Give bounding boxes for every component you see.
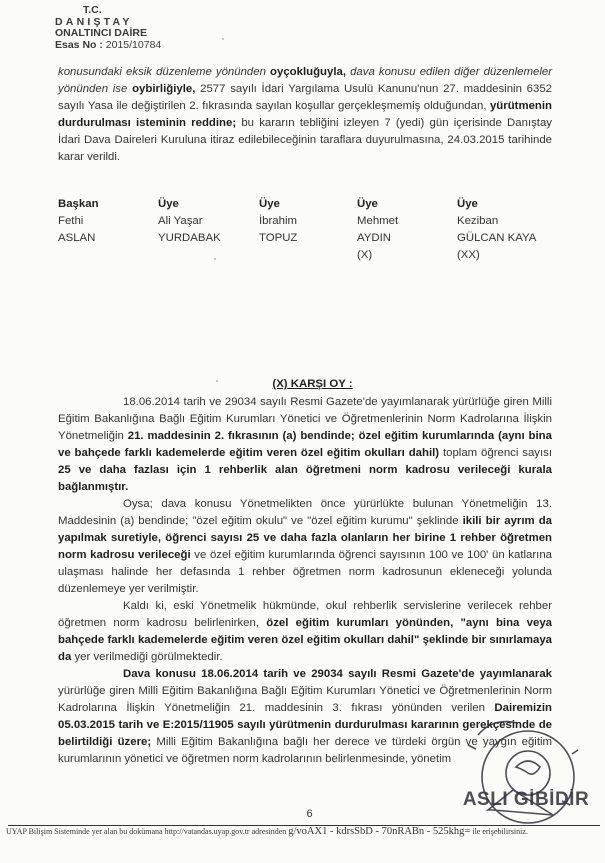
signer-role: Üye	[457, 196, 577, 213]
signer-last-name: ASLAN	[58, 230, 158, 247]
signer-role: Başkan	[58, 196, 158, 213]
signature-block: Başkan Fethi ASLAN Üye Ali Yaşar YURDABA…	[58, 196, 578, 264]
case-number-line: Esas No : 2015/10784	[55, 40, 161, 52]
svg-text:ASLI GİBİDİR: ASLI GİBİDİR	[463, 789, 589, 810]
signer-first-name: İbrahim	[259, 213, 357, 230]
signer-last-name: GÜLCAN KAYA	[457, 230, 577, 247]
text-part: toplam öğrenci sayısı	[439, 447, 552, 459]
signer-member: Üye Mehmet AYDIN (X)	[357, 196, 457, 264]
case-number-label: Esas No :	[55, 39, 103, 51]
document-header: T.C. DANIŞTAY ONALTINCI DAİRE Esas No : …	[55, 5, 161, 51]
signer-chair: Başkan Fethi ASLAN	[58, 196, 158, 264]
tc-label: T.C.	[55, 5, 161, 17]
footer-verification: UYAP Bilişim Sisteminde yer alan bu dokü…	[6, 826, 605, 837]
text-part: yürürlüğe giren Milli Eğitim Bakanlığına…	[58, 685, 552, 714]
signer-role: Üye	[259, 196, 357, 213]
dissent-paragraph: Kaldı ki, eski Yönetmelik hükmünde, okul…	[58, 598, 552, 666]
text-bold: Dava konusu 18.06.2014 tarih ve 29034 sa…	[123, 668, 552, 680]
signer-note: (X)	[357, 247, 457, 264]
decision-text-bold: oybirliğiyle,	[127, 83, 195, 95]
signer-note: (XX)	[457, 247, 577, 264]
case-number: 2015/10784	[106, 39, 161, 51]
dissent-paragraph: 18.06.2014 tarih ve 29034 sayılı Resmi G…	[58, 394, 552, 496]
footer-text: UYAP Bilişim Sisteminde yer alan bu dokü…	[6, 827, 288, 836]
page-number: 6	[0, 808, 605, 820]
scan-artifact	[222, 38, 224, 40]
signer-role: Üye	[158, 196, 259, 213]
signer-first-name: Keziban	[457, 213, 577, 230]
signer-first-name: Fethi	[58, 213, 158, 230]
dissent-paragraph: Dava konusu 18.06.2014 tarih ve 29034 sa…	[58, 666, 552, 768]
signer-last-name: YURDABAK	[158, 230, 259, 247]
signer-last-name: TOPUZ	[259, 230, 357, 247]
signer-first-name: Mehmet	[357, 213, 457, 230]
scan-artifact	[214, 258, 216, 260]
verification-code: g/voAX1 - kdrsSbD - 70nRABn - 525khg=	[288, 826, 470, 837]
dissent-title: (X) KARŞI OY :	[0, 378, 605, 390]
text-part: yer verilmediği görülmektedir.	[71, 651, 222, 663]
signer-role: Üye	[357, 196, 457, 213]
decision-text-part: konusundaki eksik düzenleme yönünden	[58, 66, 270, 78]
dissent-paragraph: Oysa; dava konusu Yönetmelikten önce yür…	[58, 496, 552, 598]
signer-first-name: Ali Yaşar	[158, 213, 259, 230]
scan-artifact	[216, 380, 218, 382]
dissent-body: 18.06.2014 tarih ve 29034 sayılı Resmi G…	[58, 394, 552, 768]
signer-member: Üye Ali Yaşar YURDABAK	[158, 196, 259, 264]
signer-last-name: AYDIN	[357, 230, 457, 247]
decision-paragraph: konusundaki eksik düzenleme yönünden oyç…	[58, 64, 552, 166]
text-bold: 25 ve daha fazlası için 1 rehberlik alan…	[58, 464, 552, 493]
decision-text-bold: oyçokluğuyla,	[270, 66, 346, 78]
signer-member: Üye Keziban GÜLCAN KAYA (XX)	[457, 196, 577, 264]
signer-member: Üye İbrahim TOPUZ	[259, 196, 357, 264]
footer-suffix: ile erişebilirsiniz.	[470, 827, 528, 836]
